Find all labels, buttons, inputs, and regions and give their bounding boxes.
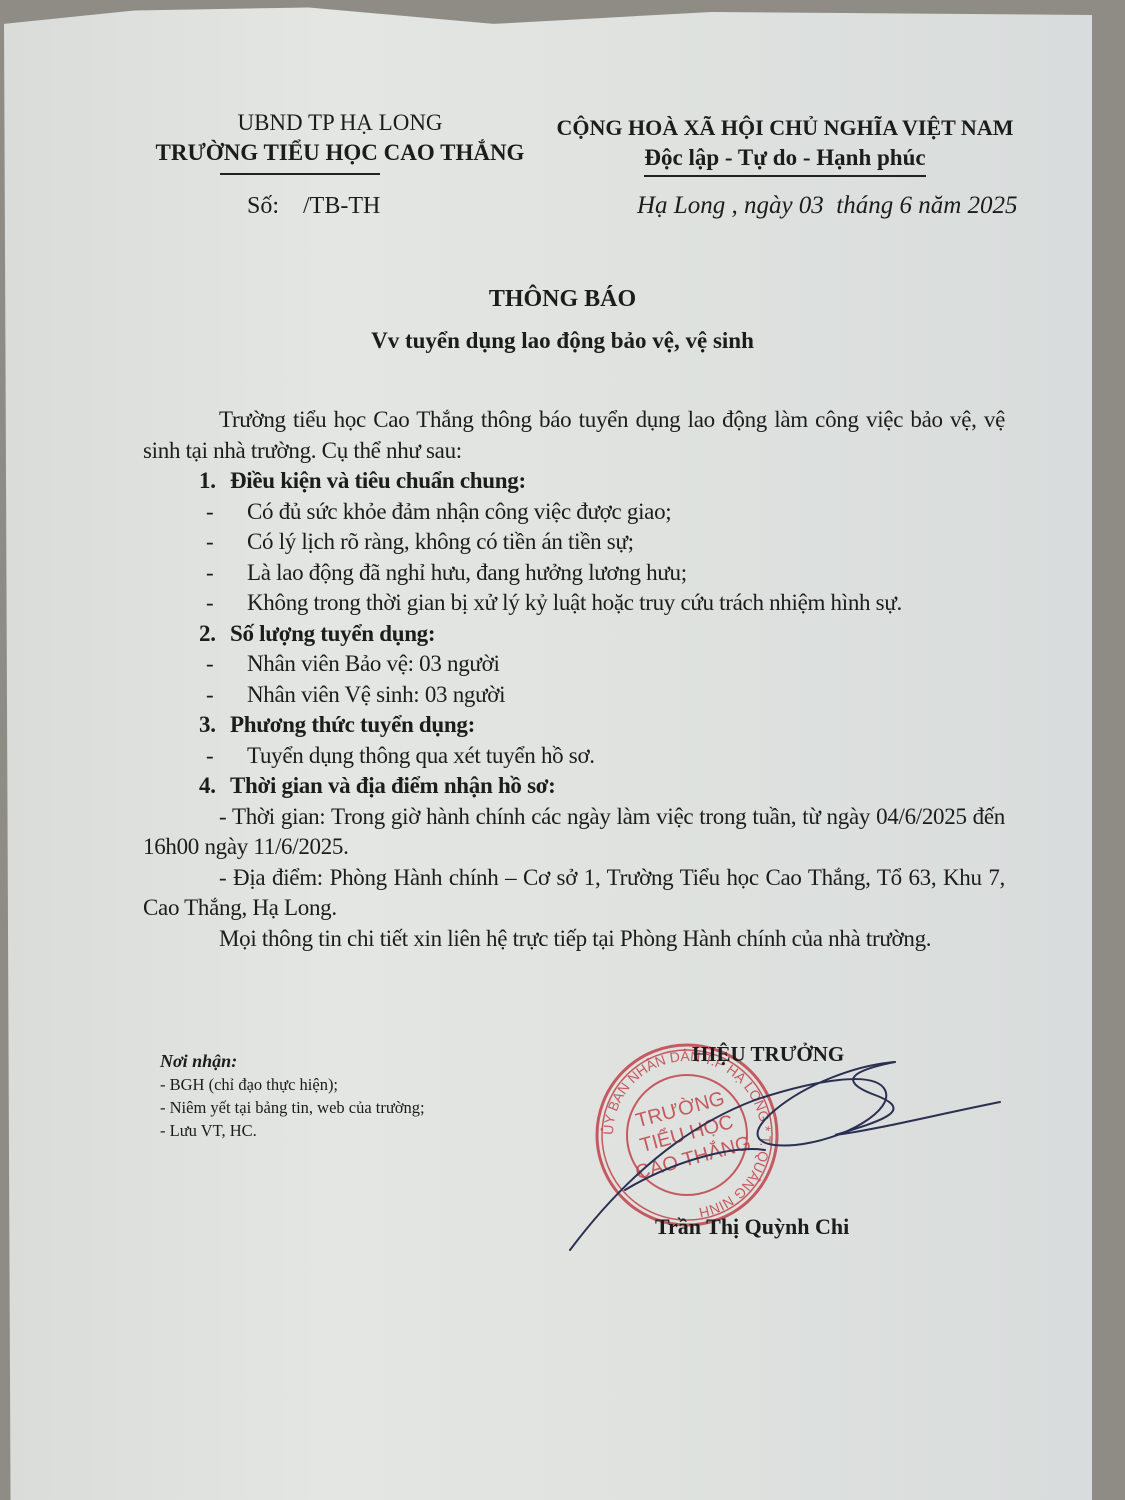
recipient-item: - Niêm yết tại bảng tin, web của trường; xyxy=(160,1096,425,1119)
national-title: CỘNG HOÀ XÃ HỘI CHỦ NGHĨA VIỆT NAM xyxy=(525,113,1045,143)
section-bullet-item: -Có lý lịch rõ ràng, không có tiền án ti… xyxy=(143,527,1005,558)
bullet-text: Tuyển dụng thông qua xét tuyển hồ sơ. xyxy=(205,741,1005,772)
contact-paragraph: Mọi thông tin chi tiết xin liên hệ trực … xyxy=(143,924,1005,955)
section-heading: 2.Số lượng tuyển dụng: xyxy=(143,619,1005,650)
header-left: UBND TP HẠ LONG TRƯỜNG TIỂU HỌC CAO THẮN… xyxy=(130,108,550,175)
section-heading-text: Điều kiện và tiêu chuẩn chung: xyxy=(230,468,526,493)
header-right: CỘNG HOÀ XÃ HỘI CHỦ NGHĨA VIỆT NAM Độc l… xyxy=(525,113,1045,177)
intro-paragraph: Trường tiểu học Cao Thắng thông báo tuyể… xyxy=(143,405,1005,466)
bullet-text: Là lao động đã nghỉ hưu, đang hưởng lươn… xyxy=(205,558,1005,589)
section-bullet-item: -Có đủ sức khỏe đảm nhận công việc được … xyxy=(143,497,1005,528)
section-number: 4. xyxy=(199,771,230,802)
dash-bullet-icon: - xyxy=(206,588,213,619)
header-left-underline xyxy=(220,173,380,175)
dash-bullet-icon: - xyxy=(206,527,213,558)
dash-bullet-icon: - xyxy=(206,649,213,680)
dash-bullet-icon: - xyxy=(206,558,213,589)
place-date: Hạ Long , ngày 03 tháng 6 năm 2025 xyxy=(637,192,1018,220)
place-paragraph: - Địa điểm: Phòng Hành chính – Cơ sở 1, … xyxy=(143,863,1005,924)
section-heading: 4.Thời gian và địa điểm nhận hồ sơ: xyxy=(143,771,1005,802)
dash-bullet-icon: - xyxy=(206,497,213,528)
section-number: 1. xyxy=(199,466,230,497)
school-name: TRƯỜNG TIỂU HỌC CAO THẮNG xyxy=(130,138,550,168)
bullet-text: Nhân viên Vệ sinh: 03 người xyxy=(205,680,1005,711)
section-bullet-item: -Nhân viên Vệ sinh: 03 người xyxy=(143,680,1005,711)
notice-title: THÔNG BÁO xyxy=(0,286,1125,313)
dash-bullet-icon: - xyxy=(206,741,213,772)
bullet-text: Có đủ sức khỏe đảm nhận công việc được g… xyxy=(205,497,1005,528)
section-bullet-item: -Nhân viên Bảo vệ: 03 người xyxy=(143,649,1005,680)
recipients-block: Nơi nhận: - BGH (chỉ đạo thực hiện); - N… xyxy=(160,1050,425,1142)
section-heading: 1.Điều kiện và tiêu chuẩn chung: xyxy=(143,466,1005,497)
section-number: 3. xyxy=(199,710,230,741)
bullet-text: Không trong thời gian bị xử lý kỷ luật h… xyxy=(205,588,1005,619)
notice-body: Trường tiểu học Cao Thắng thông báo tuyể… xyxy=(143,405,1005,954)
section-bullet-item: -Là lao động đã nghỉ hưu, đang hưởng lươ… xyxy=(143,558,1005,589)
dash-bullet-icon: - xyxy=(206,680,213,711)
document-number: Số: /TB-TH xyxy=(247,193,380,220)
section-heading: 3.Phương thức tuyển dụng: xyxy=(143,710,1005,741)
issuing-authority: UBND TP HẠ LONG xyxy=(130,108,550,138)
section-heading-text: Số lượng tuyển dụng: xyxy=(230,621,435,646)
bullet-text: Nhân viên Bảo vệ: 03 người xyxy=(205,649,1005,680)
bullet-text: Có lý lịch rõ ràng, không có tiền án tiề… xyxy=(205,527,1005,558)
notice-subtitle: Vv tuyển dụng lao động bảo vệ, vệ sinh xyxy=(0,328,1125,354)
section-heading-text: Thời gian và địa điểm nhận hồ sơ: xyxy=(230,773,556,798)
section-heading-text: Phương thức tuyển dụng: xyxy=(230,712,475,737)
recipient-item: - Lưu VT, HC. xyxy=(160,1119,425,1142)
section-bullet-item: -Tuyển dụng thông qua xét tuyển hồ sơ. xyxy=(143,741,1005,772)
recipients-title: Nơi nhận: xyxy=(160,1050,425,1073)
section-bullet-item: -Không trong thời gian bị xử lý kỷ luật … xyxy=(143,588,1005,619)
sections-list: 1.Điều kiện và tiêu chuẩn chung:-Có đủ s… xyxy=(143,466,1005,802)
recipient-item: - BGH (chỉ đạo thực hiện); xyxy=(160,1073,425,1096)
section-number: 2. xyxy=(199,619,230,650)
national-motto: Độc lập - Tự do - Hạnh phúc xyxy=(644,143,925,177)
time-paragraph: - Thời gian: Trong giờ hành chính các ng… xyxy=(143,802,1005,863)
signer-name: Trần Thị Quỳnh Chi xyxy=(655,1214,849,1240)
